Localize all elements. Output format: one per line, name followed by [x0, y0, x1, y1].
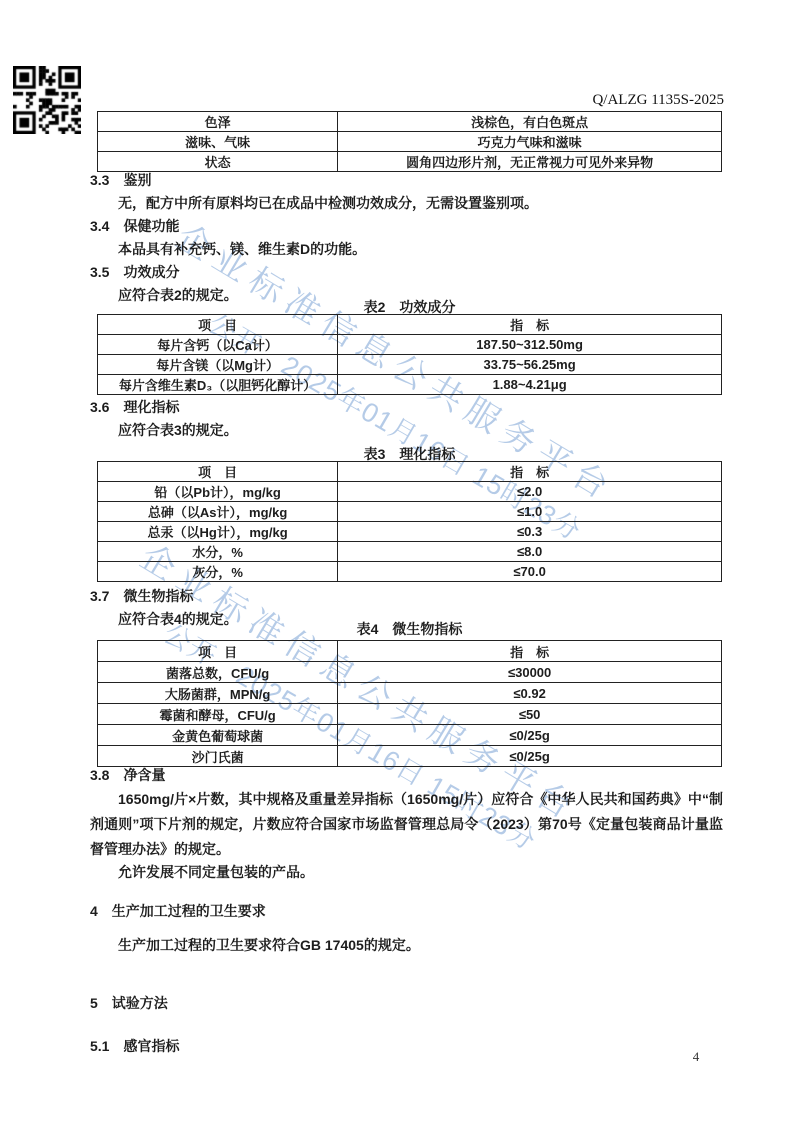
- table-header-row: 项 目 指 标: [98, 315, 722, 335]
- clause-title: 生产加工过程的卫生要求: [112, 903, 266, 919]
- spec-cell: ≤70.0: [338, 562, 722, 582]
- table4-caption: 表4 微生物指标: [97, 619, 722, 639]
- item-cell: 总汞（以Hg计），mg/kg: [98, 522, 338, 542]
- clause-3-8-body: 1650mg/片×片数，其中规格及重量差异指标（1650mg/片）应符合《中华人…: [90, 787, 723, 862]
- item-cell: 沙门氏菌: [98, 746, 338, 767]
- physicochemical-table: 项 目 指 标 铅（以Pb计），mg/kg ≤2.0 总砷（以As计），mg/k…: [97, 461, 722, 582]
- standard-code: Q/ALZG 1135S-2025: [592, 92, 724, 109]
- clause-3-4-heading: 3.4保健功能: [90, 216, 179, 236]
- clause-title: 试验方法: [112, 995, 168, 1011]
- table-row: 菌落总数，CFU/g ≤30000: [98, 662, 722, 683]
- clause-3-5-heading: 3.5功效成分: [90, 262, 179, 282]
- table-row: 滋味、气味 巧克力气味和滋味: [98, 132, 722, 152]
- clause-3-6-heading: 3.6理化指标: [90, 397, 179, 417]
- spec-cell: ≤8.0: [338, 542, 722, 562]
- table-row: 霉菌和酵母，CFU/g ≤50: [98, 704, 722, 725]
- spec-cell: ≤0/25g: [338, 725, 722, 746]
- table-row: 沙门氏菌 ≤0/25g: [98, 746, 722, 767]
- clause-title: 微生物指标: [123, 588, 193, 604]
- spec-cell: ≤50: [338, 704, 722, 725]
- item-cell: 每片含钙（以Ca计）: [98, 335, 338, 355]
- table-row: 每片含钙（以Ca计） 187.50~312.50mg: [98, 335, 722, 355]
- clause-number: 3.6: [90, 399, 109, 415]
- item-cell: 状态: [98, 152, 338, 172]
- clause-3-3-heading: 3.3鉴别: [90, 170, 151, 190]
- spec-cell: ≤0.3: [338, 522, 722, 542]
- document-page: 企业标准信息公共服务平台 公开 2025年01月16日 15时23分 企业标准信…: [0, 0, 794, 1123]
- item-cell: 灰分，%: [98, 562, 338, 582]
- item-cell: 滋味、气味: [98, 132, 338, 152]
- table-row: 总砷（以As计），mg/kg ≤1.0: [98, 502, 722, 522]
- table-row: 每片含维生素D₃（以胆钙化醇计） 1.88~4.21μg: [98, 375, 722, 395]
- clause-3-4-body: 本品具有补充钙、镁、维生素D的功能。: [118, 239, 366, 259]
- table-row: 灰分，% ≤70.0: [98, 562, 722, 582]
- value-cell: 浅棕色，有白色斑点: [338, 112, 722, 132]
- item-cell: 霉菌和酵母，CFU/g: [98, 704, 338, 725]
- spec-header-cell: 指 标: [338, 315, 722, 335]
- table-row: 铅（以Pb计），mg/kg ≤2.0: [98, 482, 722, 502]
- clause-number: 3.3: [90, 172, 109, 188]
- microbiological-table: 项 目 指 标 菌落总数，CFU/g ≤30000 大肠菌群，MPN/g ≤0.…: [97, 640, 722, 767]
- clause-number: 3.8: [90, 767, 109, 783]
- clause-number: 3.4: [90, 218, 109, 234]
- clause-title: 感官指标: [123, 1038, 179, 1054]
- clause-number: 4: [90, 903, 98, 919]
- clause-number: 3.5: [90, 264, 109, 280]
- item-cell: 水分，%: [98, 542, 338, 562]
- clause-title: 保健功能: [123, 218, 179, 234]
- item-cell: 每片含镁（以Mg计）: [98, 355, 338, 375]
- sensory-indicator-table: 色泽 浅棕色，有白色斑点 滋味、气味 巧克力气味和滋味 状态 圆角四边形片剂，无…: [97, 111, 722, 172]
- clause-title: 鉴别: [123, 172, 151, 188]
- clause-4-heading: 4生产加工过程的卫生要求: [90, 901, 266, 921]
- clause-number: 5: [90, 995, 98, 1011]
- table-header-row: 项 目 指 标: [98, 462, 722, 482]
- item-cell: 菌落总数，CFU/g: [98, 662, 338, 683]
- page-number: 4: [676, 1049, 716, 1065]
- item-header-cell: 项 目: [98, 315, 338, 335]
- spec-cell: ≤2.0: [338, 482, 722, 502]
- table-row: 每片含镁（以Mg计） 33.75~56.25mg: [98, 355, 722, 375]
- spec-cell: ≤30000: [338, 662, 722, 683]
- clause-3-8-heading: 3.8净含量: [90, 765, 165, 785]
- spec-cell: ≤0/25g: [338, 746, 722, 767]
- spec-header-cell: 指 标: [338, 641, 722, 662]
- table-row: 色泽 浅棕色，有白色斑点: [98, 112, 722, 132]
- value-cell: 圆角四边形片剂，无正常视力可见外来异物: [338, 152, 722, 172]
- table-header-row: 项 目 指 标: [98, 641, 722, 662]
- item-cell: 金黄色葡萄球菌: [98, 725, 338, 746]
- qr-code: [13, 66, 81, 134]
- efficacy-component-table: 项 目 指 标 每片含钙（以Ca计） 187.50~312.50mg 每片含镁（…: [97, 314, 722, 395]
- clause-number: 3.7: [90, 588, 109, 604]
- table-row: 大肠菌群，MPN/g ≤0.92: [98, 683, 722, 704]
- clause-3-6-body: 应符合表3的规定。: [118, 420, 238, 440]
- item-cell: 每片含维生素D₃（以胆钙化醇计）: [98, 375, 338, 395]
- item-cell: 铅（以Pb计），mg/kg: [98, 482, 338, 502]
- value-cell: 巧克力气味和滋味: [338, 132, 722, 152]
- spec-cell: 1.88~4.21μg: [338, 375, 722, 395]
- spec-cell: ≤0.92: [338, 683, 722, 704]
- item-cell: 总砷（以As计），mg/kg: [98, 502, 338, 522]
- spec-cell: ≤1.0: [338, 502, 722, 522]
- table-row: 状态 圆角四边形片剂，无正常视力可见外来异物: [98, 152, 722, 172]
- item-cell: 色泽: [98, 112, 338, 132]
- table-row: 金黄色葡萄球菌 ≤0/25g: [98, 725, 722, 746]
- clause-4-body: 生产加工过程的卫生要求符合GB 17405的规定。: [118, 935, 420, 955]
- spec-cell: 187.50~312.50mg: [338, 335, 722, 355]
- table-row: 总汞（以Hg计），mg/kg ≤0.3: [98, 522, 722, 542]
- clause-3-3-body: 无，配方中所有原料均已在成品中检测功效成分，无需设置鉴别项。: [118, 193, 538, 213]
- item-header-cell: 项 目: [98, 462, 338, 482]
- item-cell: 大肠菌群，MPN/g: [98, 683, 338, 704]
- clause-title: 净含量: [123, 767, 165, 783]
- spec-cell: 33.75~56.25mg: [338, 355, 722, 375]
- clause-title: 功效成分: [123, 264, 179, 280]
- spec-header-cell: 指 标: [338, 462, 722, 482]
- clause-5-heading: 5试验方法: [90, 993, 168, 1013]
- clause-3-7-heading: 3.7微生物指标: [90, 586, 193, 606]
- clause-3-8-body-2: 允许发展不同定量包装的产品。: [118, 862, 314, 882]
- clause-title: 理化指标: [123, 399, 179, 415]
- clause-5-1-heading: 5.1感官指标: [90, 1036, 179, 1056]
- clause-number: 5.1: [90, 1038, 109, 1054]
- table-row: 水分，% ≤8.0: [98, 542, 722, 562]
- item-header-cell: 项 目: [98, 641, 338, 662]
